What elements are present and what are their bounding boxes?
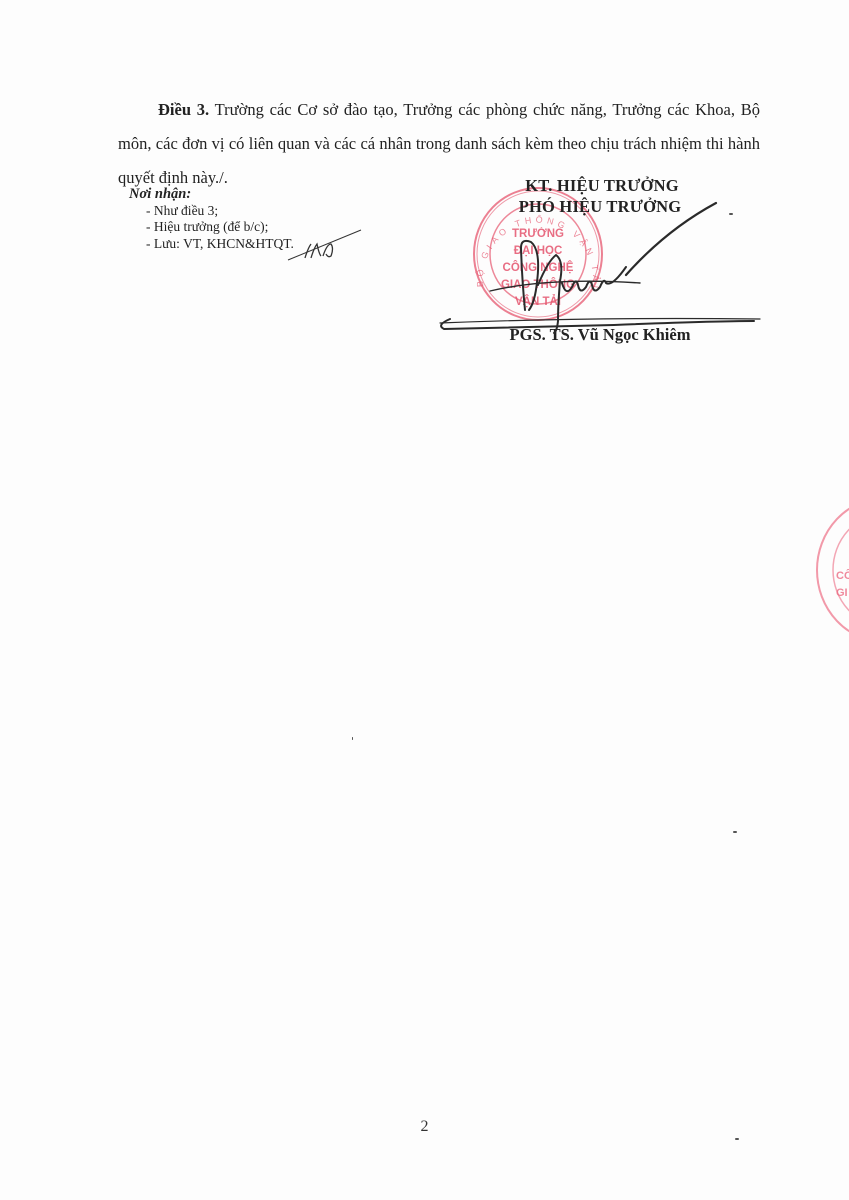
recipient-item: - Như điều 3;	[129, 203, 294, 220]
page-number: 2	[0, 1118, 849, 1136]
document-page: Điều 3. Trường các Cơ sở đào tạo, Trưởng…	[0, 0, 849, 1200]
recipients-title: Nơi nhận:	[129, 186, 294, 203]
scan-speck	[729, 213, 733, 215]
article-label: Điều 3.	[158, 100, 209, 119]
recipient-item: - Hiệu trưởng (để b/c);	[129, 219, 294, 236]
scan-speck	[733, 831, 737, 833]
scan-speck	[735, 1138, 739, 1140]
scan-speck	[352, 737, 353, 740]
handwritten-initials-icon	[283, 228, 363, 268]
partial-stamp-text: CÔ GI	[836, 568, 849, 602]
recipient-item: - Lưu: VT, KHCN&HTQT.	[129, 236, 294, 253]
handwritten-signature-icon	[430, 195, 770, 345]
signature-title-line1: KT. HIỆU TRƯỞNG	[432, 176, 772, 196]
recipients-block: Nơi nhận: - Như điều 3; - Hiệu trưởng (đ…	[129, 186, 294, 252]
